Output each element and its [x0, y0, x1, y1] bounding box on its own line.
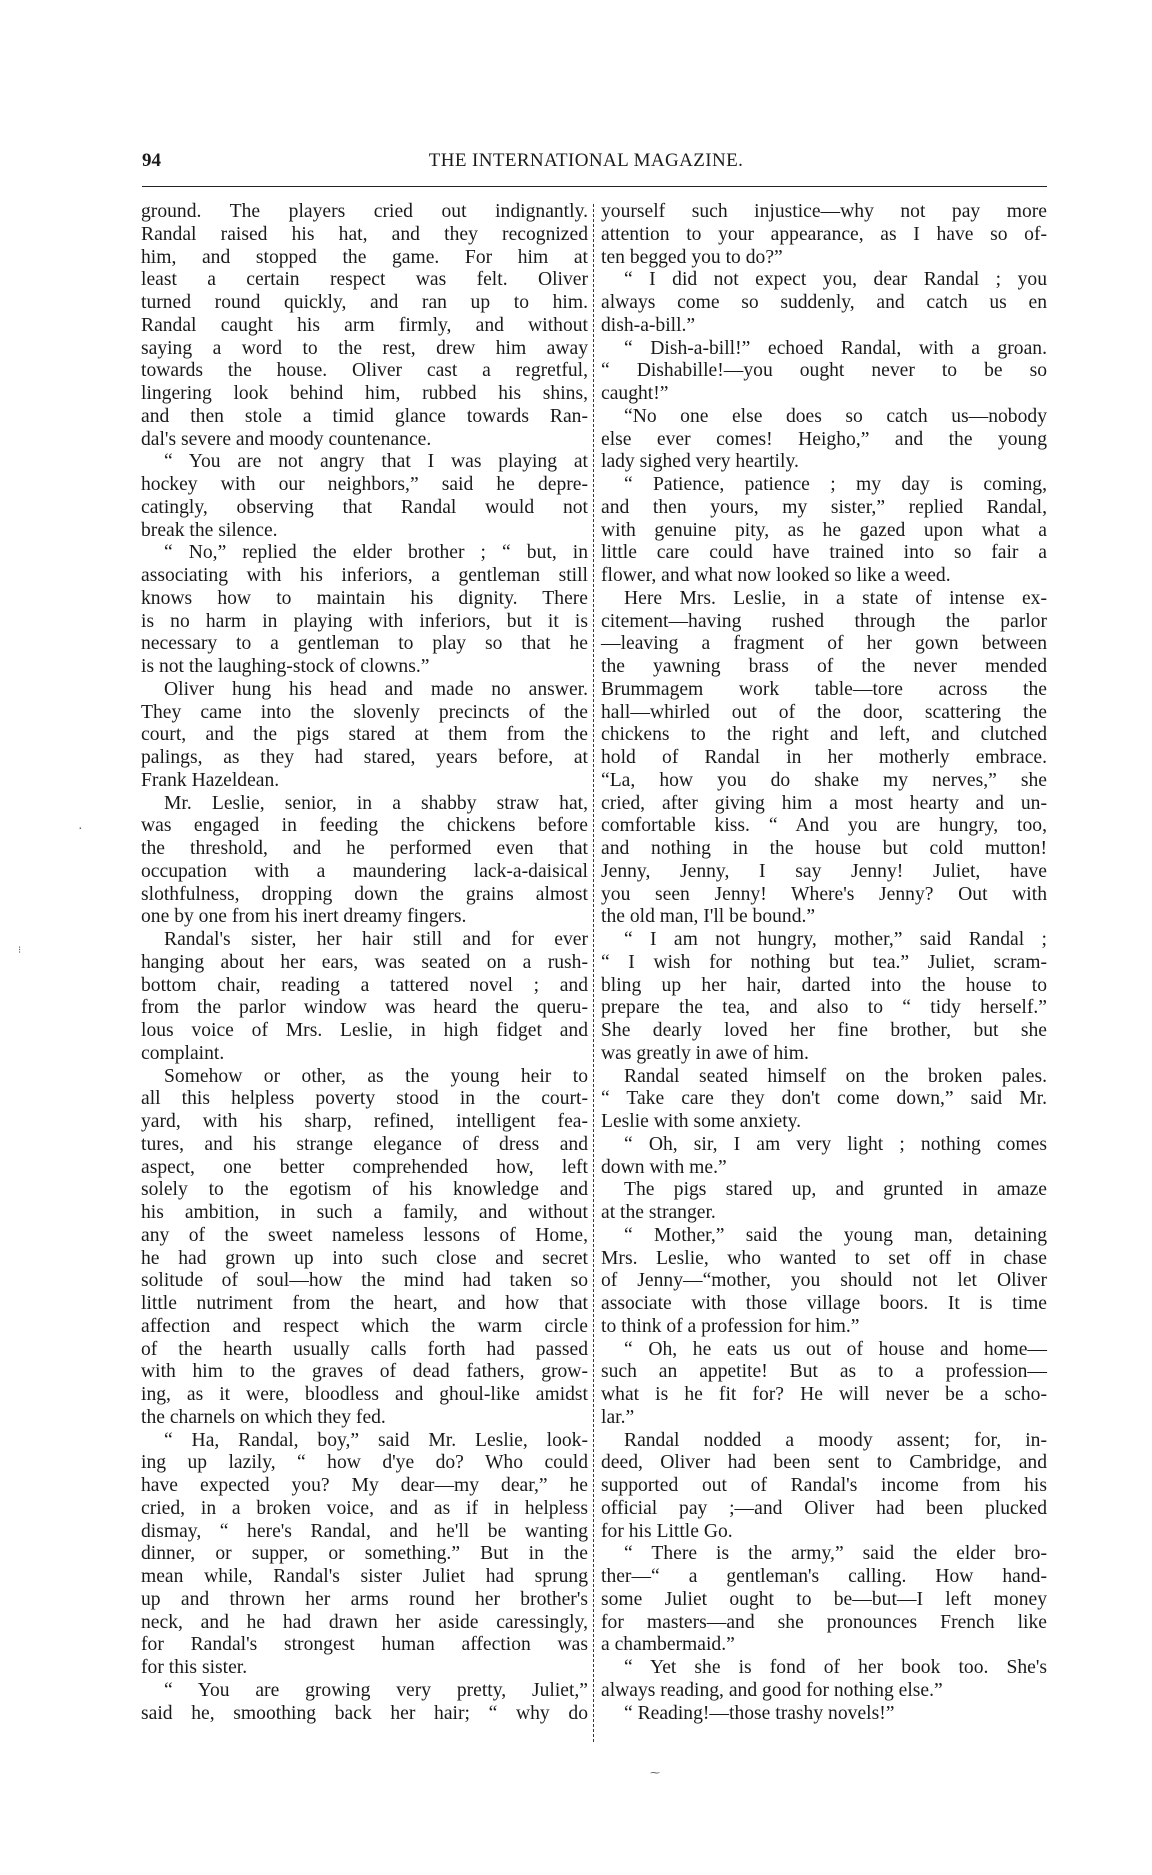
text-line: “ No,” replied the elder brother ; “ but… [141, 542, 588, 565]
stray-mark: ⁝ [18, 945, 21, 956]
text-line: Randal raised his hat, and they recogniz… [141, 224, 588, 247]
text-line: dismay, “ here's Randal, and he'll be wa… [141, 1521, 588, 1544]
text-line: “ Yet she is fond of her book too. She's [601, 1657, 1047, 1680]
text-line: “ You are not angry that I was playing a… [141, 451, 588, 474]
text-line: for his Little Go. [601, 1521, 1047, 1544]
text-line: you seen Jenny! Where's Jenny? Out with [601, 884, 1047, 907]
text-line: else ever comes! Heigho,” and the young [601, 429, 1047, 452]
text-line: “ Take care they don't come down,” said … [601, 1088, 1047, 1111]
text-line: dal's severe and moody countenance. [141, 429, 588, 452]
text-line: always come so suddenly, and catch us en [601, 292, 1047, 315]
text-line: ground. The players cried out indignantl… [141, 201, 588, 224]
text-line: such an appetite! But as to a profession… [601, 1361, 1047, 1384]
text-line: a chambermaid.” [601, 1634, 1047, 1657]
text-line: Randal caught his arm firmly, and withou… [141, 315, 588, 338]
text-line: “ Oh, sir, I am very light ; nothing com… [601, 1134, 1047, 1157]
text-line: necessary to a gentleman to play so that… [141, 633, 588, 656]
text-line: was greatly in awe of him. [601, 1043, 1047, 1066]
text-line: chickens to the right and left, and clut… [601, 724, 1047, 747]
text-line: dish-a-bill.” [601, 315, 1047, 338]
text-line: Randal seated himself on the broken pale… [601, 1066, 1047, 1089]
text-line: one by one from his inert dreamy fingers… [141, 906, 588, 929]
text-line: “ I wish for nothing but tea.” Juliet, s… [601, 952, 1047, 975]
right-column: yourself such injustice—why not pay more… [601, 201, 1047, 1725]
text-line: at the stranger. [601, 1202, 1047, 1225]
text-line: down with me.” [601, 1157, 1047, 1180]
text-line: ten begged you to do?” [601, 247, 1047, 270]
text-line: ther—“ a gentleman's calling. How hand- [601, 1566, 1047, 1589]
text-line: Randal's sister, her hair still and for … [141, 929, 588, 952]
text-line: the threshold, and he performed even tha… [141, 838, 588, 861]
text-line: little nutriment from the heart, and how… [141, 1293, 588, 1316]
text-line: “ You are growing very pretty, Juliet,” [141, 1680, 588, 1703]
text-line: yard, with his sharp, refined, intellige… [141, 1111, 588, 1134]
text-line: dinner, or supper, or something.” But in… [141, 1543, 588, 1566]
text-line: comfortable kiss. “ And you are hungry, … [601, 815, 1047, 838]
text-line: flower, and what now looked so like a we… [601, 565, 1047, 588]
text-line: some Juliet ought to be—but—I left money [601, 1589, 1047, 1612]
stray-mark: · [78, 822, 83, 838]
text-line: Here Mrs. Leslie, in a state of intense … [601, 588, 1047, 611]
text-line: cried, after giving him a most hearty an… [601, 793, 1047, 816]
text-line: hanging about her ears, was seated on a … [141, 952, 588, 975]
text-line: “ Reading!—those trashy novels!” [601, 1703, 1047, 1726]
text-line: She dearly loved her fine brother, but s… [601, 1020, 1047, 1043]
text-line: occupation with a maundering lack-a-dais… [141, 861, 588, 884]
text-line: up and thrown her arms round her brother… [141, 1589, 588, 1612]
text-line: ing, as it were, bloodless and ghoul-lik… [141, 1384, 588, 1407]
text-line: cried, in a broken voice, and as if in h… [141, 1498, 588, 1521]
text-line: was engaged in feeding the chickens befo… [141, 815, 588, 838]
text-line: and nothing in the house but cold mutton… [601, 838, 1047, 861]
text-line: lingering look behind him, rubbed his sh… [141, 383, 588, 406]
text-line: ing up lazily, “ how d'ye do? Who could [141, 1452, 588, 1475]
text-line: The pigs stared up, and grunted in amaze [601, 1179, 1047, 1202]
text-line: have expected you? My dear—my dear,” he [141, 1475, 588, 1498]
text-line: for Randal's strongest human affection w… [141, 1634, 588, 1657]
text-line: lar.” [601, 1407, 1047, 1430]
text-line: towards the house. Oliver cast a regretf… [141, 360, 588, 383]
text-line: Jenny, Jenny, I say Jenny! Juliet, have [601, 861, 1047, 884]
text-line: he had grown up into such close and secr… [141, 1248, 588, 1271]
text-line: mean while, Randal's sister Juliet had s… [141, 1566, 588, 1589]
text-line: neck, and he had drawn her aside caressi… [141, 1612, 588, 1635]
text-line: prepare the tea, and also to “ tidy hers… [601, 997, 1047, 1020]
text-line: Mrs. Leslie, who wanted to set off in ch… [601, 1248, 1047, 1271]
text-line: Leslie with some anxiety. [601, 1111, 1047, 1134]
text-line: and then stole a timid glance towards Ra… [141, 406, 588, 429]
text-line: hall—whirled out of the door, scattering… [601, 702, 1047, 725]
text-line: with genuine pity, as he gazed upon what… [601, 520, 1047, 543]
text-line: knows how to maintain his dignity. There [141, 588, 588, 611]
text-line: citement—having rushed through the parlo… [601, 611, 1047, 634]
text-line: “ Oh, he eats us out of house and home— [601, 1339, 1047, 1362]
text-line: —leaving a fragment of her gown between [601, 633, 1047, 656]
header-rule [142, 186, 1047, 187]
text-line: him, and stopped the game. For him at [141, 247, 588, 270]
text-line: slothfulness, dropping down the grains a… [141, 884, 588, 907]
running-title: THE INTERNATIONAL MAGAZINE. [0, 150, 1152, 172]
text-line: supported out of Randal's income from hi… [601, 1475, 1047, 1498]
text-line: Frank Hazeldean. [141, 770, 588, 793]
text-line: “ Ha, Randal, boy,” said Mr. Leslie, loo… [141, 1430, 588, 1453]
text-line: aspect, one better comprehended how, lef… [141, 1157, 588, 1180]
text-line: hockey with our neighbors,” said he depr… [141, 474, 588, 497]
text-line: “ Mother,” said the young man, detaining [601, 1225, 1047, 1248]
text-line: tures, and his strange elegance of dress… [141, 1134, 588, 1157]
text-line: “ I am not hungry, mother,” said Randal … [601, 929, 1047, 952]
text-line: affection and respect which the warm cir… [141, 1316, 588, 1339]
text-line: is not the laughing-stock of clowns.” [141, 656, 588, 679]
text-line: palings, as they had stared, years befor… [141, 747, 588, 770]
text-line: official pay ;—and Oliver had been pluck… [601, 1498, 1047, 1521]
left-column: ground. The players cried out indignantl… [141, 201, 588, 1725]
text-line: Brummagem work table—tore across the [601, 679, 1047, 702]
text-line: of Jenny—“mother, you should not let Oli… [601, 1270, 1047, 1293]
text-line: caught!” [601, 383, 1047, 406]
text-line: hold of Randal in her motherly embrace. [601, 747, 1047, 770]
text-line: all this helpless poverty stood in the c… [141, 1088, 588, 1111]
text-line: yourself such injustice—why not pay more [601, 201, 1047, 224]
text-line: lous voice of Mrs. Leslie, in high fidge… [141, 1020, 588, 1043]
text-line: for this sister. [141, 1657, 588, 1680]
text-line: deed, Oliver had been sent to Cambridge,… [601, 1452, 1047, 1475]
text-line: Oliver hung his head and made no answer. [141, 679, 588, 702]
text-line: Somehow or other, as the young heir to [141, 1066, 588, 1089]
text-line: little care could have trained into so f… [601, 542, 1047, 565]
text-line: They came into the slovenly precincts of… [141, 702, 588, 725]
column-divider [593, 204, 594, 1742]
text-line: to think of a profession for him.” [601, 1316, 1047, 1339]
text-line: is no harm in playing with inferiors, bu… [141, 611, 588, 634]
text-line: associate with those village boors. It i… [601, 1293, 1047, 1316]
text-line: least a certain respect was felt. Oliver [141, 269, 588, 292]
text-line: bottom chair, reading a tattered novel ;… [141, 975, 588, 998]
text-line: “ There is the army,” said the elder bro… [601, 1543, 1047, 1566]
text-line: “ I did not expect you, dear Randal ; yo… [601, 269, 1047, 292]
text-line: “ Dishabille!—you ought never to be so [601, 360, 1047, 383]
text-line: court, and the pigs stared at them from … [141, 724, 588, 747]
text-line: any of the sweet nameless lessons of Hom… [141, 1225, 588, 1248]
text-line: bling up her hair, darted into the house… [601, 975, 1047, 998]
text-line: turned round quickly, and ran up to him. [141, 292, 588, 315]
text-line: Randal nodded a moody assent; for, in- [601, 1430, 1047, 1453]
text-line: Mr. Leslie, senior, in a shabby straw ha… [141, 793, 588, 816]
text-line: complaint. [141, 1043, 588, 1066]
text-line: and then yours, my sister,” replied Rand… [601, 497, 1047, 520]
text-line: “La, how you do shake my nerves,” she [601, 770, 1047, 793]
text-line: the old man, I'll be bound.” [601, 906, 1047, 929]
text-line: always reading, and good for nothing els… [601, 1680, 1047, 1703]
text-line: the charnels on which they fed. [141, 1407, 588, 1430]
text-line: attention to your appearance, as I have … [601, 224, 1047, 247]
text-line: lady sighed very heartily. [601, 451, 1047, 474]
text-line: “ Dish-a-bill!” echoed Randal, with a gr… [601, 338, 1047, 361]
text-line: said he, smoothing back her hair; “ why … [141, 1703, 588, 1726]
text-line: with him to the graves of dead fathers, … [141, 1361, 588, 1384]
text-line: “No one else does so catch us—nobody [601, 406, 1047, 429]
text-line: “ Patience, patience ; my day is coming, [601, 474, 1047, 497]
text-line: from the parlor window was heard the que… [141, 997, 588, 1020]
text-line: saying a word to the rest, drew him away [141, 338, 588, 361]
text-line: of the hearth usually calls forth had pa… [141, 1339, 588, 1362]
text-line: associating with his inferiors, a gentle… [141, 565, 588, 588]
text-line: for masters—and she pronounces French li… [601, 1612, 1047, 1635]
text-line: catingly, observing that Randal would no… [141, 497, 588, 520]
stray-mark: ⁓ [650, 1768, 660, 1779]
text-line: break the silence. [141, 520, 588, 543]
text-line: what is he fit for? He will never be a s… [601, 1384, 1047, 1407]
text-line: the yawning brass of the never mended [601, 656, 1047, 679]
text-line: solitude of soul—how the mind had taken … [141, 1270, 588, 1293]
text-line: his ambition, in such a family, and with… [141, 1202, 588, 1225]
text-line: solely to the egotism of his knowledge a… [141, 1179, 588, 1202]
